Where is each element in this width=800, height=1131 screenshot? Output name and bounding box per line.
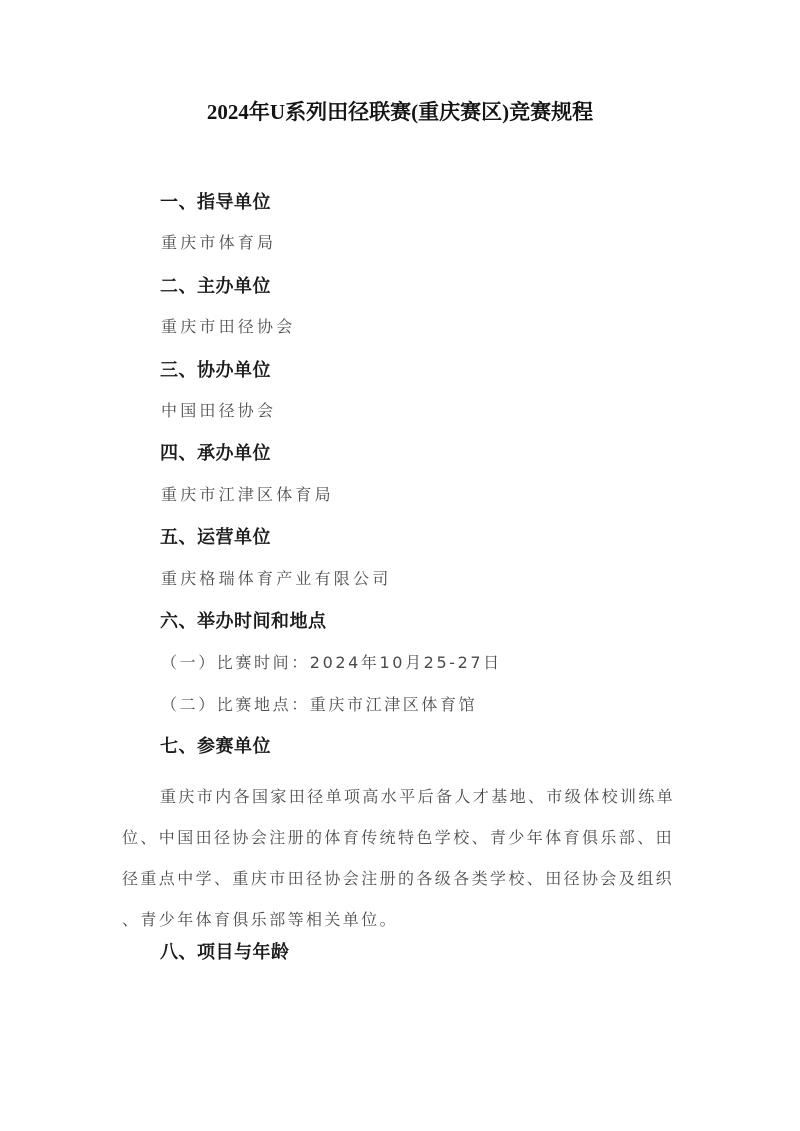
section-body-host-unit: 重庆市田径协会 <box>161 316 295 338</box>
paragraph-line: 径重点中学、重庆市田径协会注册的各级各类学校、田径协会及组织 <box>122 858 684 899</box>
section-heading-operator: 五、运营单位 <box>160 525 271 549</box>
section-heading-co-organizer: 三、协办单位 <box>160 358 271 382</box>
section-heading-participants: 七、参赛单位 <box>160 734 271 758</box>
section-body-co-organizer: 中国田径协会 <box>161 400 276 422</box>
paragraph-line: 位、中国田径协会注册的体育传统特色学校、青少年体育俱乐部、田 <box>122 817 684 858</box>
section-heading-organizer: 四、承办单位 <box>160 441 271 465</box>
section-heading-host-unit: 二、主办单位 <box>160 274 271 298</box>
paragraph-line: 、青少年体育俱乐部等相关单位。 <box>122 899 684 940</box>
section-heading-events-age: 八、项目与年龄 <box>160 940 290 964</box>
document-title: 2024年U系列田径联赛(重庆赛区)竞赛规程 <box>0 99 800 125</box>
section-body-guidance-unit: 重庆市体育局 <box>161 232 276 254</box>
document-page: 2024年U系列田径联赛(重庆赛区)竞赛规程 一、指导单位 重庆市体育局 二、主… <box>0 0 800 1131</box>
section-heading-time-location: 六、举办时间和地点 <box>160 609 327 633</box>
section-body-operator: 重庆格瑞体育产业有限公司 <box>161 568 391 590</box>
section-heading-guidance-unit: 一、指导单位 <box>160 190 271 214</box>
participants-paragraph: 重庆市内各国家田径单项高水平后备人才基地、市级体校训练单 位、中国田径协会注册的… <box>122 776 684 940</box>
competition-time: （一）比赛时间：2024年10月25-27日 <box>161 652 502 674</box>
paragraph-line: 重庆市内各国家田径单项高水平后备人才基地、市级体校训练单 <box>122 776 684 817</box>
competition-venue: （二）比赛地点：重庆市江津区体育馆 <box>161 694 477 716</box>
section-body-organizer: 重庆市江津区体育局 <box>161 484 334 506</box>
